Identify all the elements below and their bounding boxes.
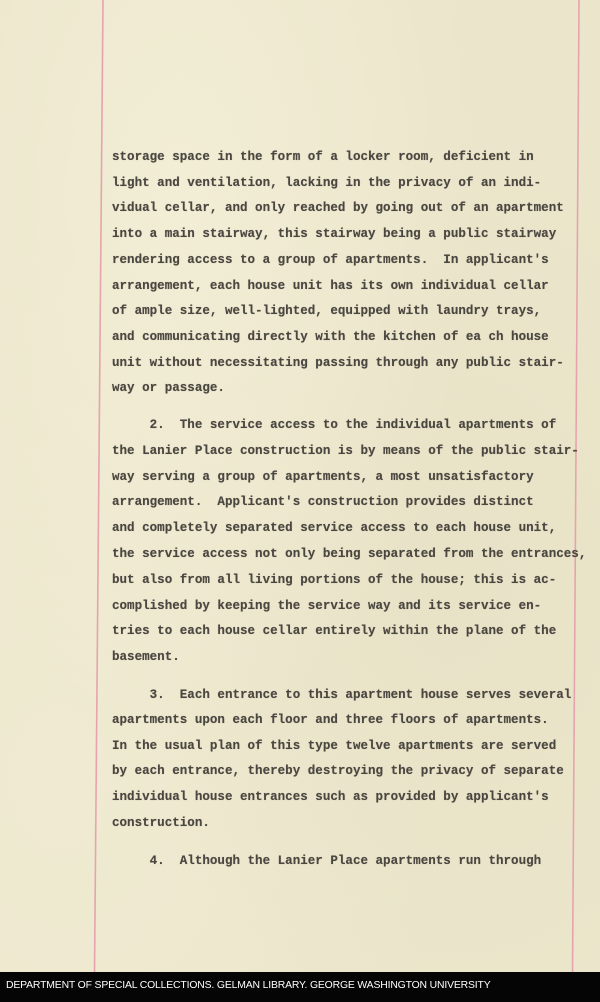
collection-credit: DEPARTMENT OF SPECIAL COLLECTIONS. GELMA…	[6, 980, 491, 991]
text-line: rendering access to a group of apartment…	[112, 252, 549, 268]
text-line: and completely separated service access …	[112, 520, 556, 536]
text-line: the service access not only being separa…	[112, 546, 586, 562]
document-page: storage space in the form of a locker ro…	[0, 0, 600, 972]
text-line: storage space in the form of a locker ro…	[112, 149, 534, 165]
text-line: tries to each house cellar entirely with…	[112, 623, 556, 639]
text-line: basement.	[112, 649, 180, 665]
text-line: arrangement, each house unit has its own…	[112, 278, 549, 294]
text-line: vidual cellar, and only reached by going…	[112, 200, 564, 216]
text-line: construction.	[112, 815, 210, 831]
text-line: of ample size, well-lighted, equipped wi…	[112, 303, 541, 319]
text-line: the Lanier Place construction is by mean…	[112, 443, 579, 459]
text-line: apartments upon each floor and three flo…	[112, 712, 549, 728]
text-line: individual house entrances such as provi…	[112, 789, 549, 805]
text-line: In the usual plan of this type twelve ap…	[112, 738, 556, 754]
text-line: but also from all living portions of the…	[112, 572, 556, 588]
text-line: complished by keeping the service way an…	[112, 598, 541, 614]
text-line: light and ventilation, lacking in the pr…	[112, 175, 541, 191]
paragraph-4-first-line: 4. Although the Lanier Place apartments …	[112, 853, 541, 869]
text-line: way serving a group of apartments, a mos…	[112, 469, 534, 485]
margin-rules	[0, 0, 600, 972]
left-margin-rule	[95, 0, 104, 972]
text-line: unit without necessitating passing throu…	[112, 355, 564, 371]
text-line: into a main stairway, this stairway bein…	[112, 226, 556, 242]
credit-footer-bar: DEPARTMENT OF SPECIAL COLLECTIONS. GELMA…	[0, 972, 600, 1002]
text-line: by each entrance, thereby destroying the…	[112, 763, 564, 779]
text-line: and communicating directly with the kitc…	[112, 329, 549, 345]
text-line: way or passage.	[112, 380, 225, 396]
paragraph-2-first-line: 2. The service access to the individual …	[112, 417, 556, 433]
paragraph-3-first-line: 3. Each entrance to this apartment house…	[112, 687, 571, 703]
right-margin-rule	[573, 0, 580, 972]
text-line: arrangement. Applicant's construction pr…	[112, 494, 534, 510]
